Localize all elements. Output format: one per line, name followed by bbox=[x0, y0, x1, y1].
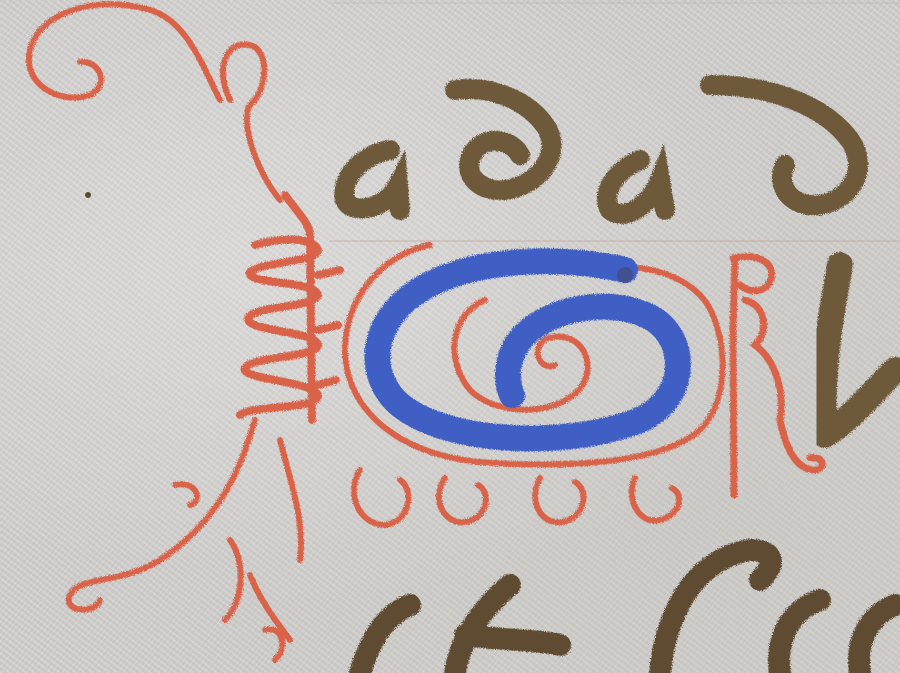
red-penwork-right bbox=[733, 257, 822, 495]
script-line-bottom bbox=[360, 550, 895, 673]
manuscript-artwork bbox=[0, 0, 900, 673]
lower-left-flourish bbox=[69, 420, 301, 660]
scalloped-penwork-loops bbox=[354, 470, 679, 525]
corner-scroll-flourish bbox=[29, 4, 280, 200]
ink-blot bbox=[617, 267, 633, 283]
marginal-penwork-ladder bbox=[240, 195, 340, 420]
speck bbox=[85, 192, 91, 198]
script-letter-l bbox=[824, 265, 895, 435]
script-line-top bbox=[344, 85, 858, 214]
manuscript-leaf: adad C kl st scr bbox=[0, 0, 900, 673]
